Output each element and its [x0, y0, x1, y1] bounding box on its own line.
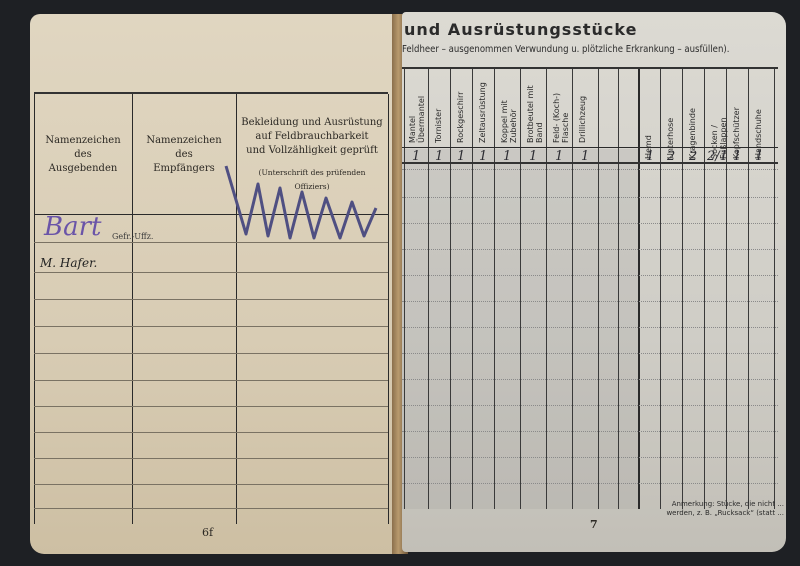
issue-signature-table: Namenzeichen des Ausgebenden Namenzeiche…	[34, 92, 388, 524]
equipment-table: Mantel Übermantel Tornister Rockgeschirr…	[402, 67, 778, 509]
table-border	[388, 94, 389, 524]
page-subtitle: Feldheer – ausgenommen Verwundung u. plö…	[402, 44, 729, 55]
issuer-signature: Bart	[44, 212, 101, 242]
header-line: des	[132, 148, 236, 162]
header-recipient: Namenzeichen des Empfängers	[132, 134, 236, 176]
cell-value: 1	[555, 149, 563, 164]
header-line: Ausgebenden	[34, 162, 132, 176]
header-line: auf Feldbrauchbarkeit	[236, 130, 388, 144]
header-line: und Vollzähligkeit geprüft	[236, 144, 388, 158]
header-line: Bekleidung und Ausrüstung	[236, 116, 388, 130]
cell-value: 2	[667, 149, 675, 164]
header-line: Namenzeichen	[132, 134, 236, 148]
footnote: Anmerkung: Stücke, die nicht ... werden,…	[654, 500, 784, 518]
page-number: 6f	[202, 526, 213, 539]
cell-value: 1	[581, 149, 589, 164]
cell-value: 1	[733, 149, 741, 164]
col-header: Rockgeschirr	[456, 73, 465, 143]
header-issuer: Namenzeichen des Ausgebenden	[34, 134, 132, 176]
left-page: Namenzeichen des Ausgebenden Namenzeiche…	[30, 14, 398, 554]
header-divider	[402, 147, 778, 148]
cell-value: 1	[646, 149, 654, 164]
col-header: Koppel mit Zubehör	[500, 73, 518, 143]
cell-value: 1	[503, 149, 511, 164]
col-header: Drillichzeug	[578, 73, 587, 143]
right-page: und Ausrüstungsstücke Feldheer – ausgeno…	[402, 12, 786, 552]
header-line: des	[34, 148, 132, 162]
header-line: Namenzeichen	[34, 134, 132, 148]
cell-value: 2	[689, 149, 697, 164]
cell-value: 1	[755, 149, 763, 164]
col-header: Brotbeutel mit Band	[526, 73, 544, 143]
issuer-second-line: M. Hafer.	[40, 256, 97, 270]
cell-value: 1	[457, 149, 465, 164]
page-title: und Ausrüstungsstücke	[404, 20, 637, 39]
col-header: Tornister	[434, 73, 443, 143]
cell-value: 1	[412, 149, 420, 164]
cell-value: 1	[435, 149, 443, 164]
cell-value: 1	[529, 149, 537, 164]
cell-value: 1	[479, 149, 487, 164]
col-header: Zeltausrüstung	[478, 73, 487, 143]
col-header: Feld- (Koch-) Flasche	[552, 73, 570, 143]
page-number: 7	[590, 518, 598, 531]
issuer-rank: Gefr.-Uffz.	[112, 232, 153, 241]
col-header: Mantel Übermantel	[408, 73, 426, 143]
inspector-signature-scribble	[224, 164, 384, 244]
cell-value: 2/1	[707, 149, 728, 164]
header-line: Empfängers	[132, 162, 236, 176]
